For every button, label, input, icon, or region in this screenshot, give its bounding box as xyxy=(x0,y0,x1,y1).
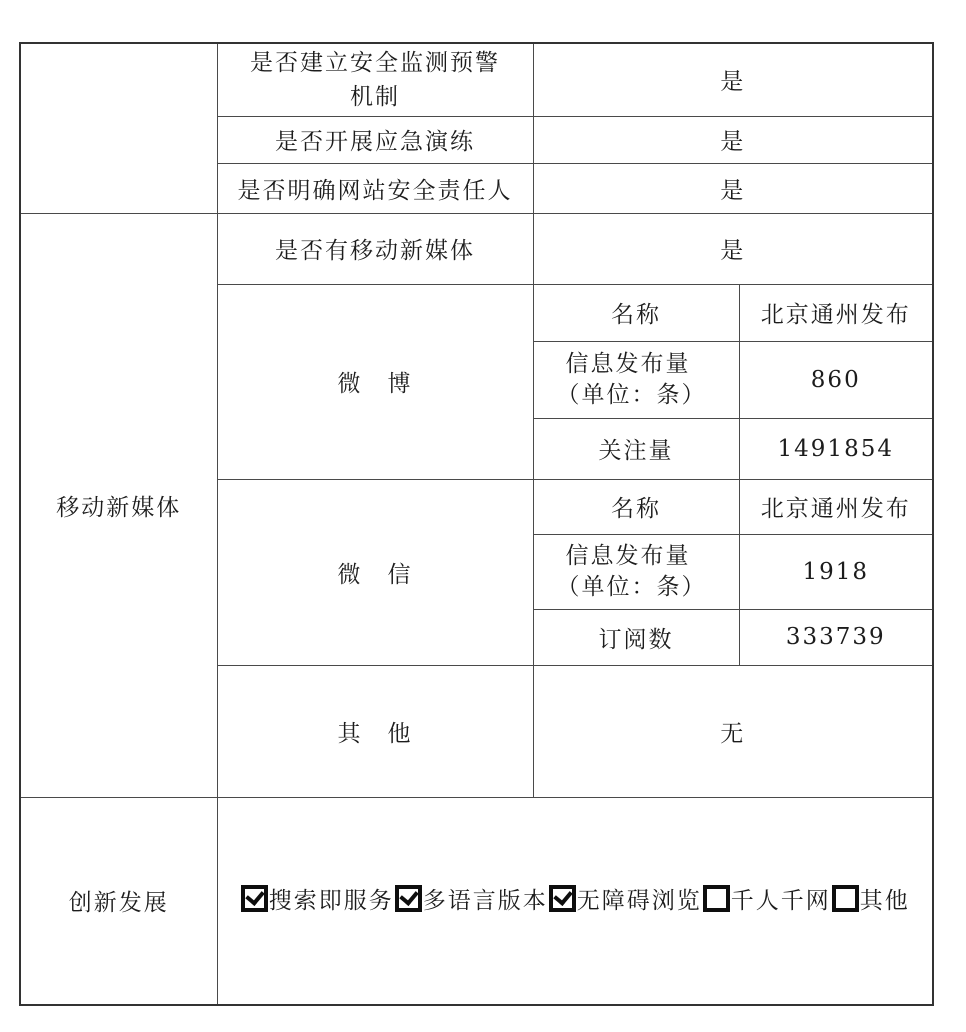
question-cell: 是否开展应急演练 xyxy=(217,116,533,163)
checkbox-label-search-as-service: 搜索即服务 xyxy=(269,888,394,914)
field-cell: 名称 xyxy=(533,479,739,534)
table-row: 创新发展 搜索即服务多语言版本无障碍浏览千人千网其他 xyxy=(20,797,933,1005)
question-cell: 是否明确网站安全责任人 xyxy=(217,163,533,213)
empty-section-label-cell xyxy=(20,43,217,213)
platform-label-other: 其 他 xyxy=(217,665,533,797)
field-text: 信息发布量 （单位：条） xyxy=(566,541,707,603)
question-cell: 是否有移动新媒体 xyxy=(217,213,533,284)
answer-cell: 是 xyxy=(533,213,933,284)
value-cell: 北京通州发布 xyxy=(739,284,933,341)
field-cell: 信息发布量 （单位：条） xyxy=(533,534,739,609)
section-label-innovation: 创新发展 xyxy=(20,797,217,1005)
checkbox-other-icon xyxy=(832,885,859,912)
field-cell: 订阅数 xyxy=(533,609,739,665)
field-cell: 信息发布量 （单位：条） xyxy=(533,341,739,418)
value-cell: 1491854 xyxy=(739,418,933,479)
checkbox-label-multilingual: 多语言版本 xyxy=(423,888,548,914)
table-row: 是否建立安全监测预警机制 是 xyxy=(20,43,933,116)
platform-label-weibo: 微 博 xyxy=(217,284,533,479)
question-text: 是否建立安全监测预警机制 xyxy=(242,46,508,114)
checkbox-accessibility-icon xyxy=(549,885,576,912)
field-cell: 名称 xyxy=(533,284,739,341)
checkbox-label-other: 其他 xyxy=(860,888,910,914)
answer-cell: 是 xyxy=(533,163,933,213)
value-cell: 北京通州发布 xyxy=(739,479,933,534)
answer-cell: 是 xyxy=(533,43,933,116)
checkbox-label-accessibility: 无障碍浏览 xyxy=(577,888,702,914)
question-cell: 是否建立安全监测预警机制 xyxy=(217,43,533,116)
checkbox-qianren-qianwang-icon xyxy=(703,885,730,912)
field-text: 信息发布量 （单位：条） xyxy=(566,349,707,411)
answer-cell: 是 xyxy=(533,116,933,163)
platform-label-wechat: 微 信 xyxy=(217,479,533,665)
value-cell: 1918 xyxy=(739,534,933,609)
checkbox-search-as-service-icon xyxy=(241,885,268,912)
value-cell: 860 xyxy=(739,341,933,418)
value-cell: 333739 xyxy=(739,609,933,665)
innovation-options-cell: 搜索即服务多语言版本无障碍浏览千人千网其他 xyxy=(217,797,933,1005)
section-label-mobile-media: 移动新媒体 xyxy=(20,213,217,797)
field-cell: 关注量 xyxy=(533,418,739,479)
checkbox-label-qianren-qianwang: 千人千网 xyxy=(731,888,831,914)
checkbox-multilingual-icon xyxy=(395,885,422,912)
report-table: 是否建立安全监测预警机制 是 是否开展应急演练 是 是否明确网站安全责任人 是 … xyxy=(19,42,934,1006)
table-row: 移动新媒体 是否有移动新媒体 是 xyxy=(20,213,933,284)
value-cell: 无 xyxy=(533,665,933,797)
